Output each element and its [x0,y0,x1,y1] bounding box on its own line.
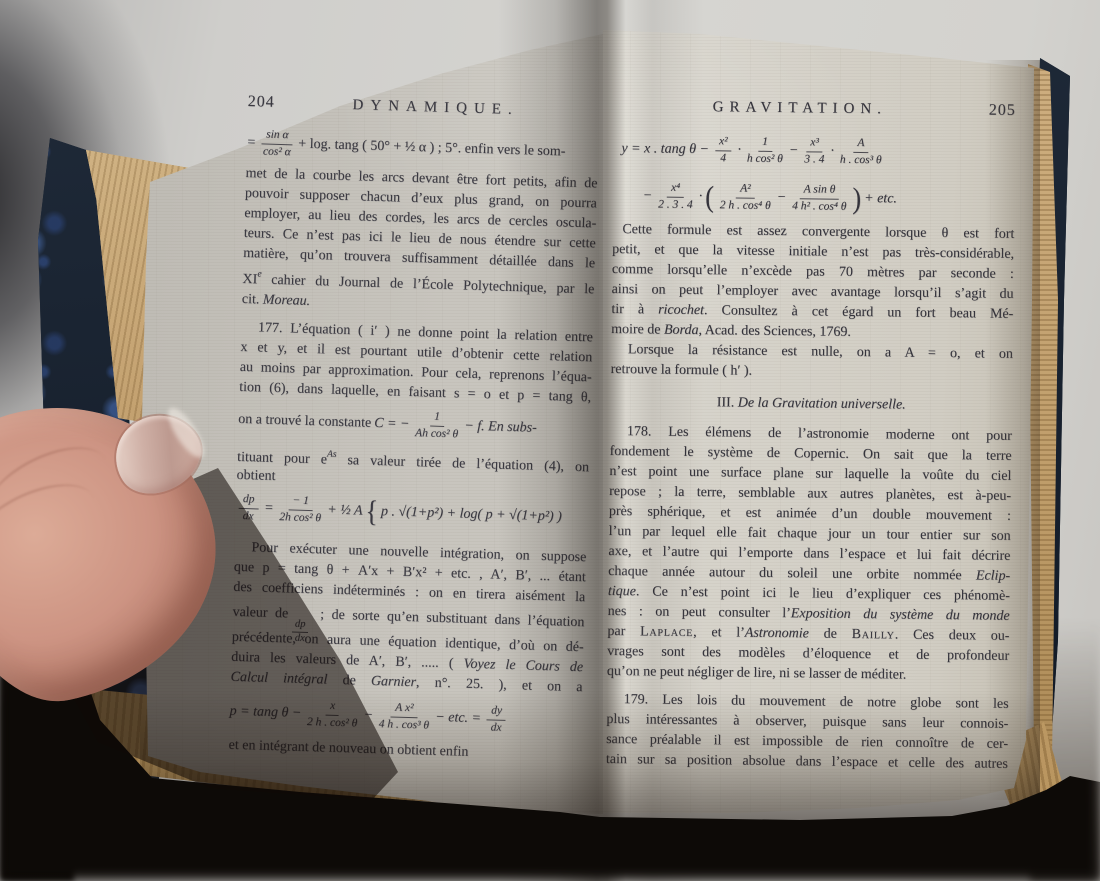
brace: { [365,500,378,523]
fraction: − 12h cos² θ [279,494,322,525]
italic-word: Eclip- [976,568,1010,583]
fraction: x⁴2 . 3 . 4 [658,182,693,212]
fraction: x2 h . cos² θ [307,699,358,730]
thumb [0,396,227,711]
section-heading: III. De la Gravitation universelle. [610,392,1012,419]
fraction: 1h cos² θ [747,136,783,166]
formula-line: − x⁴2 . 3 . 4 · ( A²2 h . cos⁴ θ − A sin… [612,172,1015,225]
book-photo: 204 DYNAMIQUE. = sin αcos² α + log. tang… [0,0,1100,881]
italic-phrase: Calcul intégral [230,670,327,688]
italic-word: Garnier [371,674,417,690]
italic-word: Astronomie [745,626,809,642]
fraction: A²2 h . cos⁴ θ [720,183,771,213]
fraction: dydx [487,705,507,735]
fraction: Ah . cos³ θ [840,137,882,167]
parenthesis: ) [852,187,861,210]
italic-word: tique [608,584,636,599]
formula-line: y = x . tang θ − x²4 · 1h cos² θ − x³3 .… [613,126,1016,177]
right-page-header: GRAVITATION. 205 [614,96,1016,121]
running-title-right: GRAVITATION. [654,96,946,120]
right-page-text: GRAVITATION. 205 y = x . tang θ − x²4 · … [606,96,1016,775]
page-number-right: 205 [946,100,1016,121]
italic-phrase: Voyez le Cours de [463,657,583,676]
small-caps-name: Bailly [852,627,895,643]
fraction: dpdx [238,493,258,523]
italic-word: Moreau. [263,293,311,309]
fraction: 1Ah cos² θ [415,410,459,441]
fraction: A x²4 h . cos³ θ [379,701,430,732]
small-caps-name: Laplace [640,624,693,640]
parenthesis: ( [705,186,714,209]
fraction: x²4 [715,136,732,166]
fraction: sin αcos² α [261,129,292,159]
page-number-left: 204 [247,92,312,114]
italic-phrase: Exposition du système du monde [791,606,1010,624]
fraction: x³3 . 4 [804,137,824,167]
italic-word: Borda [664,323,699,338]
fraction: A sin θ4 h² . cos⁴ θ [792,183,847,213]
left-page-text: 204 DYNAMIQUE. = sin αcos² α + log. tang… [228,92,600,766]
italic-word: ricochet [658,303,704,319]
